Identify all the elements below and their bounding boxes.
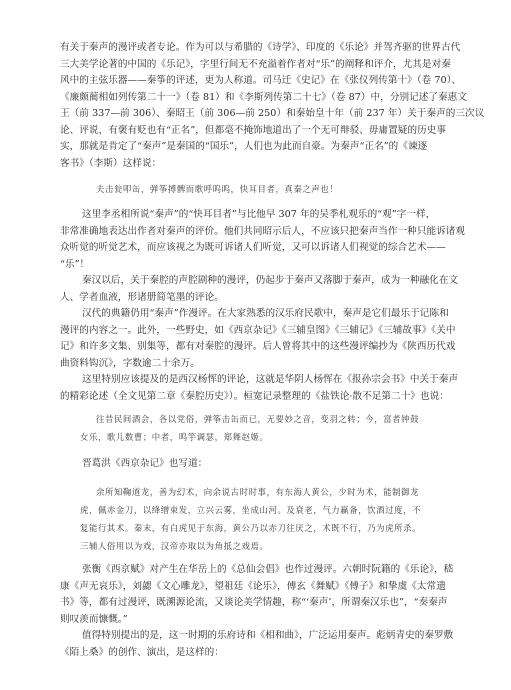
text-line: 有关于秦声的漫评或者专论。作为可以与希腊的《诗学》、印度的《乐论》并驾齐驱的世界… [60,40,460,56]
text-line: 非常准确地表达出作者对秦声的评价。他们共同昭示后人，不应该只把秦声当作一种只能诉… [60,224,465,240]
text-line: “乐”！ [60,257,89,273]
text-line: 记》和许多文集、别集等，都有对秦腔的漫评。后人曾将其中的这些漫评编抄为《陕西历代… [60,339,455,355]
text-line: 则叹羡而慷慨。” [60,612,128,628]
text-line: 值得特别提出的是，这一时期的乐府诗和《相和曲》，广泛运用秦声。彪炳青史的秦罗敷 [82,628,453,644]
text-line: 这里特别应该提及的是西汉杨恽的评论，这就是华阴人杨恽在《报孙宗会书》中关于秦声 [82,372,458,388]
quote-line: 虎，佩赤金刀，以绛缯束发，立兴云雾，坐成山河。及衰老，气力赢备，饮酒过度，不 [80,502,421,519]
text-line: 漫评的内容之一。此外，一些野史，如《西京杂记》《三辅皇图》《三辅记》《三辅故事》… [60,323,455,339]
text-line: 《廉颇蔺相如列传第二十一》（卷 81）和《李斯列传第二十七》（卷 87）中，分别… [60,90,467,106]
quote-line: 往昔民间酒会，各以党俗，弹筝击缶而已，无要妙之音，变羽之转；今，富者钟鼓 [96,411,419,428]
text-line: 客书》（李斯）这样说： [60,156,161,172]
text-line: 秦汉以后，关于秦腔的声腔剧种的漫评，仍起步于秦声又落脚于秦声，成为一种融化在文 [82,273,458,289]
text-line: 曲资料钩沉》，字数逾二十余万。 [60,356,200,372]
quote-line: 余所知鞠道龙，善为幻术，向余说古时时事，有东海人黄公，少时为术，能制御龙 [96,484,419,501]
text-line: 《陌上桑》的创作、演出，是这样的： [60,645,224,661]
quote-line: 复能行其术。秦末，有白虎见于东海，黄公乃以赤刀往厌之，术既不行，乃为虎所杀。 [80,520,421,537]
text-line: 实，那就是肯定了“秦声”是秦国的“国乐”，人们也为此而自豪。为秦声“正名”的《谏… [60,139,427,155]
text-line: 晋葛洪《西京杂记》也写道： [82,456,207,472]
text-line: 康《声无哀乐》，刘勰《文心雕龙》，望祖廷《论乐》，傅玄《舞赋》《傅子》和挚虞《太… [60,579,446,595]
text-line: 张衡《西京赋》对产生在华岳上的《总仙会倡》也作过漫评。六朝时阮籍的《乐论》，嵇 [82,562,453,578]
quote-line: 女乐，歌儿数曹；中者，鸣竽调瑟，郑舞赵姬。 [80,429,268,446]
text-line: 汉代的典籍仍用“秦声”作漫评。在大家熟悉的汉乐府民歌中，秦声是它们最乐于记陈和 [82,306,449,322]
text-line: 王（前 337—前 306）、秦昭王（前 306—前 250）和秦始皇十年（前 … [60,106,484,122]
text-line: 人、学者血液，形诸册简笔墨的评论。 [60,290,224,306]
quote-line: 夫击瓮叩缶，弹筝搏髀而歌呼呜呜，快耳目者，真秦之声也！ [96,181,338,198]
quote-line: 三辅人俗用以为戏，汉帝亦取以为角抵之戏焉。 [80,538,268,555]
text-line: 的精彩论述（全文见第二章《秦腔历史》）。桓宽记录整理的《盐铁论·散不足第二十》也… [60,389,449,405]
text-line: 书》等，都有过漫评，既溯源论流，又谈论美学情趣，称“‘秦声’，所谓秦汉乐也”，“… [60,595,448,611]
text-line: 三大美学论著的中国的《乐记》，字里行间无不充溢着作者对“乐”的阐释和评介，尤其是… [60,57,451,73]
text-line: 这里李丞相所说“秦声”的“快耳目者”与比他早 307 年的吴季札观乐的“观”字一… [82,207,435,223]
text-line: 风中的主弦乐器——秦筝的评述，更为人称道。司马迁《史记》在《张仪列传第十》（卷 … [60,73,461,89]
document-page: 有关于秦声的漫评或者专论。作为可以与希腊的《诗学》、印度的《乐论》并驾齐驱的世界… [0,0,511,690]
text-line: 众听觉的听觉艺术，而应该视之为既可诉诸人们听觉，又可以诉诸人们视觉的综合艺术—— [60,240,446,256]
text-line: 论、评说，有褒有贬也有“正名”，但都毫不掩饰地道出了一个无可辩驳、毋庸置疑的历史… [60,123,446,139]
